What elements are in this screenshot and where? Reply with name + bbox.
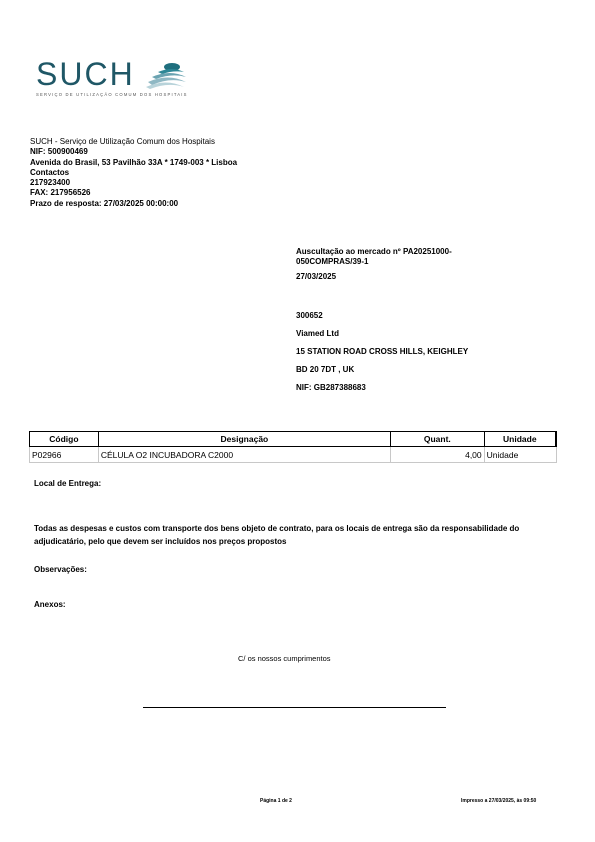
recipient-name: Viamed Ltd	[296, 329, 468, 347]
cell-unit: Unidade	[484, 447, 556, 463]
logo-tagline: SERVIÇO DE UTILIZAÇÃO COMUM DOS HOSPITAI…	[36, 92, 188, 97]
attachments-label: Anexos:	[34, 600, 66, 609]
closing-text: C/ os nossos cumprimentos	[238, 654, 331, 663]
recipient-code: 300652	[296, 311, 468, 329]
logo-wordmark: SUCH	[36, 56, 135, 92]
reference-title: Auscultação ao mercado nº PA20251000-050…	[296, 247, 496, 267]
logo-waves-icon	[144, 60, 188, 90]
sender-nif: NIF: 500900469	[30, 147, 237, 157]
sender-block: SUCH - Serviço de Utilização Comum dos H…	[30, 137, 237, 209]
header-unit: Unidade	[484, 432, 556, 447]
reference-date: 27/03/2025	[296, 272, 336, 281]
sender-phone: 217923400	[30, 178, 237, 188]
sender-fax: FAX: 217956526	[30, 188, 237, 198]
table-header-row: Código Designação Quant. Unidade	[30, 432, 557, 447]
signature-line	[143, 707, 446, 708]
items-table: Código Designação Quant. Unidade P02966 …	[29, 431, 557, 463]
header-designation: Designação	[98, 432, 390, 447]
recipient-nif: NIF: GB287388683	[296, 383, 468, 401]
sender-contacts-label: Contactos	[30, 168, 237, 178]
such-logo: SUCH SERVIÇO DE UTILIZAÇÃO COMUM DOS HOS…	[36, 56, 196, 106]
table-row: P02966 CÉLULA O2 INCUBADORA C2000 4,00 U…	[30, 447, 557, 463]
delivery-cost-note: Todas as despesas e custos com transport…	[34, 522, 554, 548]
delivery-location-label: Local de Entrega:	[34, 479, 101, 488]
observations-label: Observações:	[34, 565, 87, 574]
header-quantity: Quant.	[390, 432, 484, 447]
recipient-block: 300652 Viamed Ltd 15 STATION ROAD CROSS …	[296, 311, 468, 401]
printed-timestamp: Impresso a 27/03/2025, às 09:50	[461, 798, 536, 804]
sender-name: SUCH - Serviço de Utilização Comum dos H…	[30, 137, 237, 147]
recipient-address-line2: BD 20 7DT , UK	[296, 365, 468, 383]
header-code: Código	[30, 432, 99, 447]
recipient-address-line1: 15 STATION ROAD CROSS HILLS, KEIGHLEY	[296, 347, 468, 365]
cell-code: P02966	[30, 447, 99, 463]
response-deadline: Prazo de resposta: 27/03/2025 00:00:00	[30, 199, 237, 209]
page-number: Página 1 de 2	[260, 798, 292, 804]
cell-designation: CÉLULA O2 INCUBADORA C2000	[98, 447, 390, 463]
cell-quantity: 4,00	[390, 447, 484, 463]
sender-address: Avenida do Brasil, 53 Pavilhão 33A * 174…	[30, 158, 237, 168]
